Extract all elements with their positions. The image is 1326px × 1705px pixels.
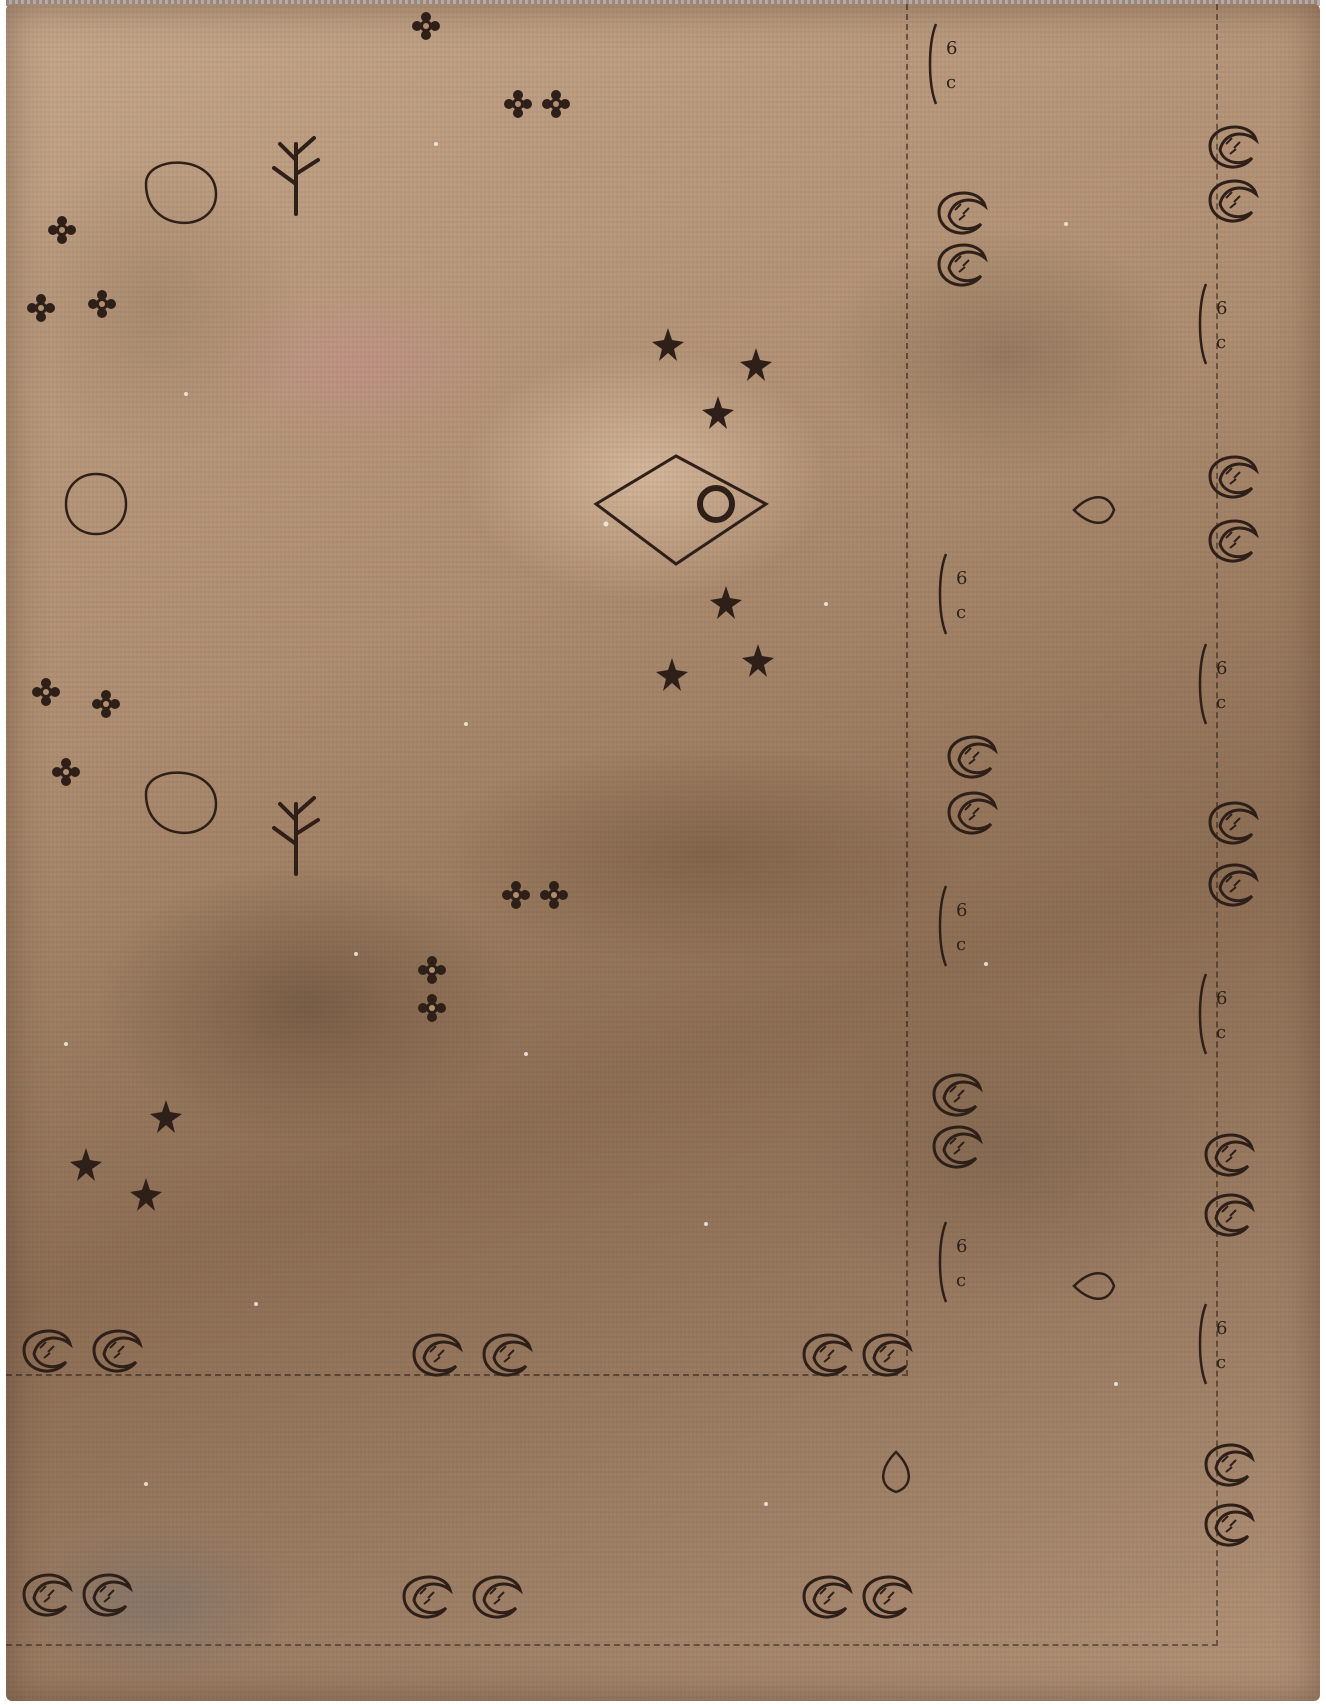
rug-motifs: 6 c — [6, 4, 1320, 1701]
rug-photo: 6 c — [6, 4, 1320, 1701]
